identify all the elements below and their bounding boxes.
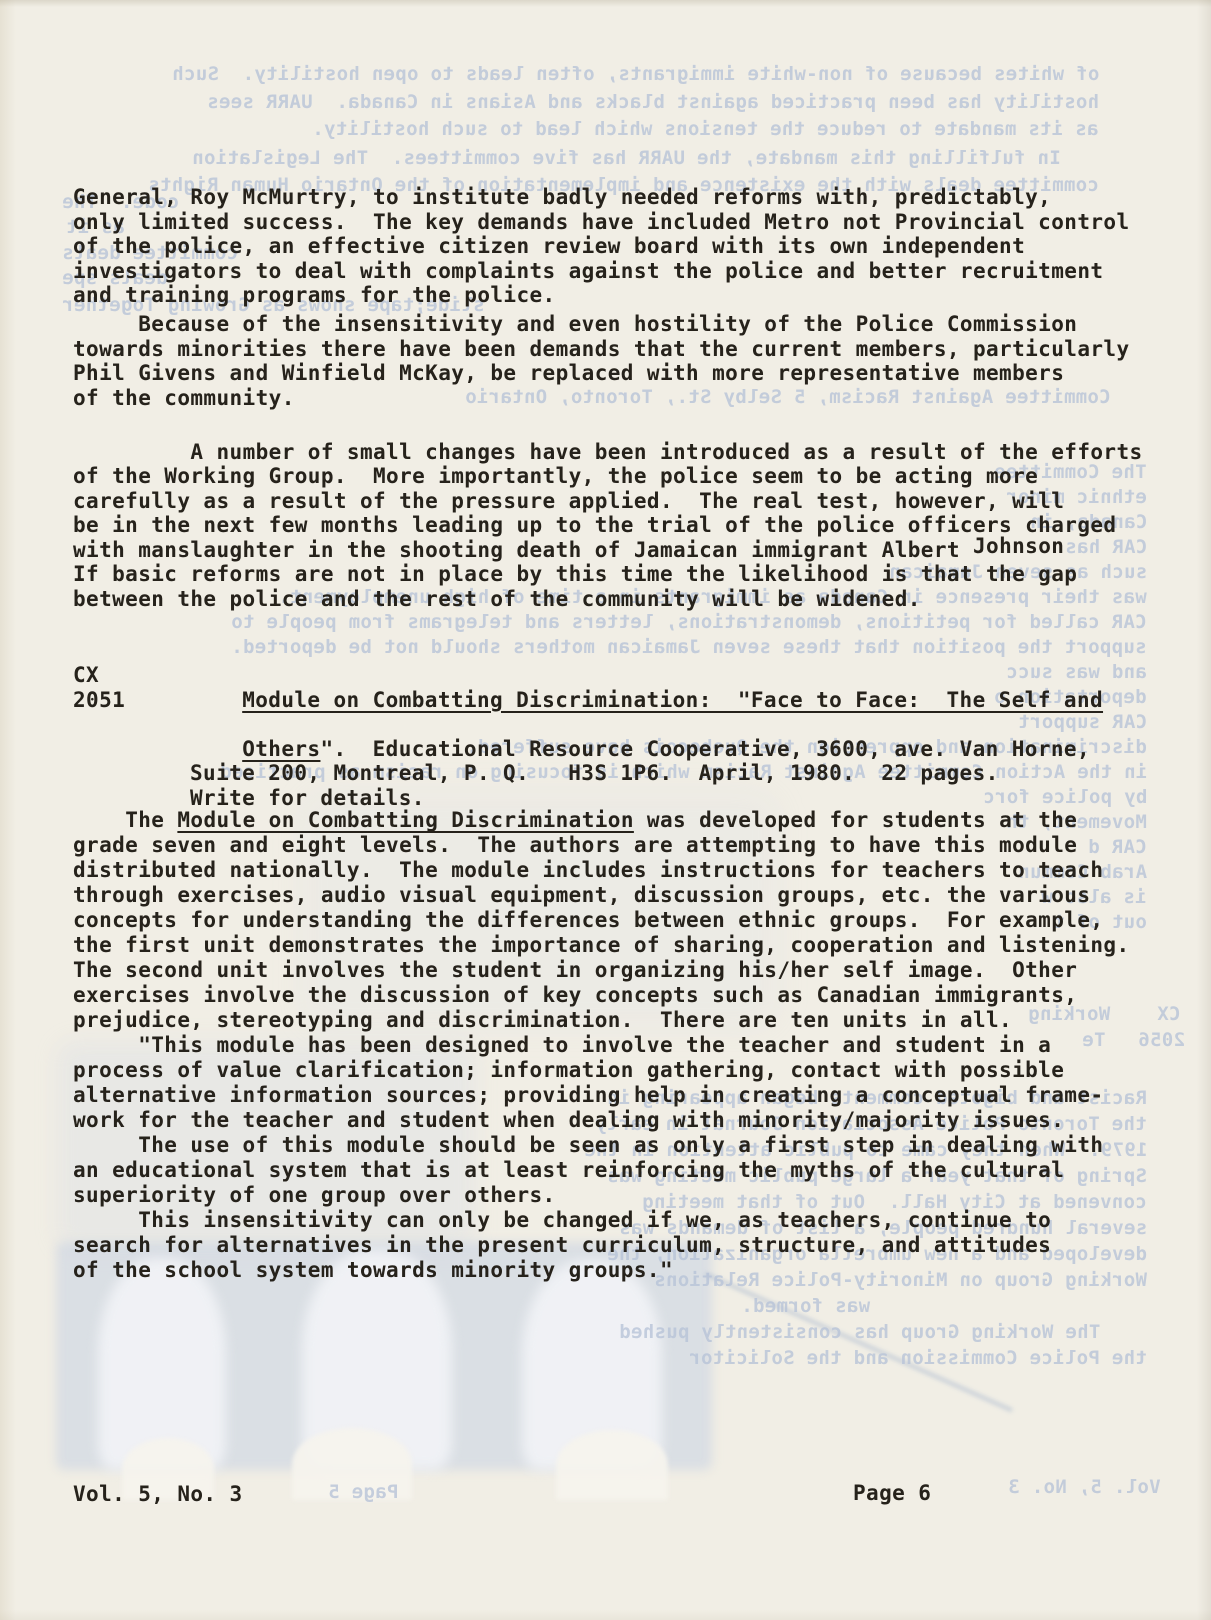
paragraph-police-reforms: General, Roy McMurtry, to institute badl… — [73, 185, 1130, 308]
citation-id: CX 2051 — [73, 663, 125, 712]
footer-page-number: Page 6 — [853, 1481, 931, 1506]
paragraph-police-commission: Because of the insensitivity and even ho… — [73, 312, 1130, 410]
bleed-through-line: The Working Group has consistently pushe… — [619, 1320, 1100, 1344]
scanned-page: of whites because of non-white immigrant… — [0, 0, 1211, 1620]
bleed-through-line: In fulfilling this mandate, the UARR has… — [192, 146, 1061, 170]
citation-title-underlined: Others — [242, 737, 320, 761]
review-title-underlined: Module on Combatting Discrimination — [177, 808, 634, 832]
bleed-through-line: hostility has been practiced against bla… — [207, 90, 1099, 114]
bleed-through-line: 2056 — [1138, 1028, 1185, 1052]
raised-correction-word: Johnson — [973, 534, 1064, 558]
review-paragraph: The Module on Combatting Discrimination … — [73, 783, 1130, 1308]
citation-title-underlined: Module on Combatting Discrimination: "Fa… — [242, 688, 1103, 712]
bleed-through-line: Page 5 — [328, 1480, 398, 1504]
bleed-through-line: as its mandate to reduce the tensions wh… — [312, 117, 1099, 141]
bleed-through-line: the Police Commission and the Solicitor — [689, 1346, 1147, 1370]
bleed-through-line: support the position that these seven Ja… — [231, 635, 1147, 659]
footer-volume: Vol. 5, No. 3 — [73, 1482, 243, 1507]
review-text: was developed for students at the grade … — [73, 808, 1130, 1282]
paragraph-text: If basic reforms are not in place by thi… — [73, 562, 1077, 611]
bleed-through-line: of whites because of non-white immigrant… — [172, 62, 1099, 86]
review-text: The — [125, 808, 177, 832]
paragraph-working-group: A number of small changes have been intr… — [73, 415, 1143, 636]
bleed-through-line: CX — [1157, 1002, 1180, 1026]
bleed-through-line: Vol. 5, No. 3 — [1008, 1475, 1161, 1499]
